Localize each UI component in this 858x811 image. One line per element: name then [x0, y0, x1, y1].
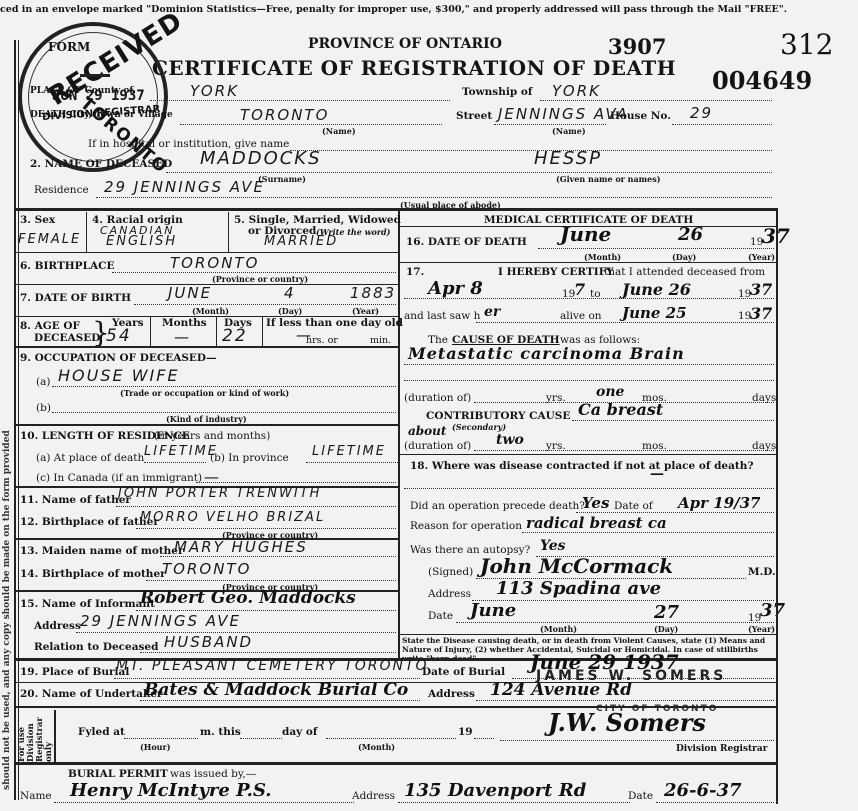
undertaker-address-label: Address [428, 688, 475, 700]
divider [86, 212, 87, 252]
city-caption: (Name) [322, 126, 356, 136]
city-label: DEATH City, Town or Village [30, 110, 173, 120]
residence-b-value: LIFETIME [312, 444, 386, 459]
physician-address-field[interactable] [472, 600, 774, 601]
contrib-days-label: days [752, 440, 776, 452]
undertaker-field[interactable] [140, 700, 420, 701]
postal-notice: ced in an envelope marked "Dominion Stat… [0, 4, 787, 15]
duration-mos-value: one [596, 384, 624, 400]
cert-date-year: 37 [760, 600, 785, 621]
street-label: Street [456, 110, 492, 122]
street-field[interactable] [494, 124, 606, 125]
last-saw-label: and last saw h [404, 310, 480, 322]
occupation-label: 9. OCCUPATION OF DECEASED— [20, 352, 217, 364]
occupation-a-field[interactable] [52, 386, 396, 387]
divider [216, 316, 217, 346]
burial-place-field[interactable] [114, 678, 420, 679]
dod-month-caption: (Month) [584, 252, 621, 262]
certificate-title: CERTIFICATE OF REGISTRATION OF DEATH [152, 56, 676, 80]
months-value[interactable]: — [174, 328, 191, 346]
divider [228, 212, 229, 252]
fyled-month-field[interactable] [326, 738, 456, 739]
occupation-b-label: (b) [36, 402, 51, 414]
q18-value: — [650, 466, 664, 482]
surname-caption: (Surname) [258, 174, 306, 184]
duration-label: (duration of) [404, 392, 471, 404]
residence-a-value: LIFETIME [144, 444, 218, 459]
occupation-a-caption: (Trade or occupation or kind of work) [120, 388, 289, 398]
residence-b-field[interactable] [306, 462, 398, 463]
residence-length-hint: (in years and months) [154, 430, 270, 442]
operation-value: Yes [582, 494, 609, 512]
physician-address-value: 113 Spadina ave [496, 578, 661, 599]
undertaker-address-field[interactable] [476, 700, 774, 701]
cause-value: Metastatic carcinoma Brain [408, 344, 685, 363]
cert-day-caption: (Day) [654, 624, 678, 634]
permit-name-label: Name [20, 790, 52, 802]
dod-label: 16. DATE OF DEATH [406, 236, 527, 248]
occupation-b-field[interactable] [52, 412, 396, 413]
yrs-label: yrs. [546, 392, 566, 404]
birthplace-caption: (Province or country) [212, 274, 308, 284]
undertaker-address-value: 124 Avenue Rd [490, 680, 632, 700]
county-field[interactable] [150, 100, 450, 101]
informant-field[interactable] [136, 610, 396, 611]
q18-field[interactable] [404, 488, 774, 489]
residence-b-label: (b) In province [210, 452, 289, 464]
contrib-duration-label: (duration of) [404, 440, 471, 452]
father-birthplace-label: 12. Birthplace of father [20, 516, 159, 528]
row-divider [14, 424, 400, 426]
county-value: YORK [190, 82, 239, 100]
cert-month-caption: (Month) [540, 624, 577, 634]
attended-to: June 26 [622, 280, 691, 299]
dob-year-caption: (Year) [352, 306, 379, 316]
last-saw-field[interactable] [476, 322, 774, 323]
racial-value-2[interactable]: ENGLISH [106, 234, 177, 249]
dob-day: 4 [284, 284, 296, 302]
residence-a-label: (a) At place of death [36, 452, 144, 464]
mother-label: 13. Maiden name of mother [20, 545, 184, 557]
years-value[interactable]: 54 [106, 326, 132, 346]
mother-field[interactable] [160, 556, 396, 557]
father-value: JOHN PORTER TRENWITH [118, 486, 321, 501]
row-divider [14, 346, 400, 348]
residence-a-field[interactable] [144, 462, 206, 463]
mother-birthplace-label: 14. Birthplace of mother [20, 568, 166, 580]
autopsy-value: Yes [540, 538, 566, 554]
days-label: days [752, 392, 776, 404]
cause-field[interactable] [404, 364, 774, 365]
contrib-value: Ca breast [578, 400, 663, 419]
township-value: YORK [552, 82, 601, 100]
fyled-day-field[interactable] [240, 738, 282, 739]
cert-date-label: Date [428, 610, 453, 622]
mother-birthplace-field[interactable] [146, 580, 396, 581]
marital-value[interactable]: MARRIED [264, 234, 338, 249]
m-this-label: m. this [200, 726, 241, 738]
row-divider [400, 454, 776, 455]
residence-value: 29 JENNINGS AVE [104, 178, 265, 196]
street-caption: (Name) [552, 126, 586, 136]
residence-c-label: (c) In Canada (if an immigrant) [36, 472, 202, 484]
house-field[interactable] [672, 124, 772, 125]
deceased-name-label: 2. NAME OF DECEASED [30, 158, 172, 170]
md-label: M.D. [748, 566, 776, 578]
certify-text: that I attended deceased from [604, 266, 765, 278]
burial-place-value: MT. PLEASANT CEMETERY TORONTO [116, 658, 429, 674]
mother-birthplace-value: TORONTO [162, 560, 251, 578]
cert-year-caption: (Year) [748, 624, 775, 634]
informant-label: 15. Name of Informant [20, 598, 155, 610]
dob-month: JUNE [168, 284, 212, 302]
township-label: Township of [462, 86, 532, 98]
dod-day: 26 [678, 224, 703, 245]
mother-value: MARY HUGHES [174, 538, 308, 556]
to-year: 37 [750, 280, 772, 299]
permit-date-field[interactable] [656, 802, 774, 803]
informant-address-value: 29 JENNINGS AVE [80, 612, 241, 630]
dob-year: 1883 [350, 284, 396, 302]
age-label-1: 8. AGE OF [20, 320, 80, 332]
contrib-about: about [408, 424, 446, 438]
row-divider [400, 262, 776, 263]
registration-number: 004649 [712, 66, 812, 95]
dob-month-caption: (Month) [192, 306, 229, 316]
q18-label: 18. Where was disease contracted if not … [410, 460, 754, 472]
registrar-only-box: For use Division Registrar only [16, 710, 56, 762]
section-divider [14, 208, 776, 211]
margin-text: should not be used, and any copy should … [2, 210, 16, 790]
dob-field[interactable] [134, 304, 396, 305]
alive-year: 37 [750, 304, 772, 323]
city-value: TORONTO [240, 106, 329, 124]
fyled-year-prefix: 19 [458, 726, 473, 738]
birthplace-field[interactable] [112, 272, 396, 273]
township-field[interactable] [540, 100, 772, 101]
age-label-2: DECEASED [34, 332, 100, 344]
to-label: to [590, 288, 601, 300]
cert-date-month: June [470, 600, 516, 621]
permit-heading-rest: was issued by,— [170, 768, 256, 780]
contrib-duration-yrs: two [496, 432, 524, 448]
birthplace-label: 6. BIRTHPLACE [20, 260, 114, 272]
contrib-sub: (Secondary) [452, 422, 506, 432]
father-field[interactable] [116, 506, 396, 507]
min-label: min. [370, 335, 391, 346]
hrs-label: hrs. or [306, 335, 338, 346]
permit-address-label: Address [352, 790, 395, 802]
signed-label: (Signed) [428, 566, 473, 578]
registrar-signature: J.W. Somers [548, 708, 706, 737]
contrib-field[interactable] [572, 420, 774, 421]
residence-field[interactable] [96, 197, 772, 198]
burial-place-label: 19. Place of Burial [20, 666, 129, 678]
registrar-signature-field[interactable] [500, 740, 774, 741]
cause-field-2[interactable] [404, 380, 774, 381]
operation-label: Did an operation precede death? [410, 500, 585, 512]
alive-value: June 25 [622, 304, 687, 322]
house-label: House No. [610, 110, 671, 122]
informant-address-label: Address [34, 620, 81, 632]
undertaker-value: Bates & Maddock Burial Co [144, 680, 408, 700]
alive-label: alive on [560, 310, 602, 322]
permit-name-field[interactable] [54, 802, 354, 803]
dod-month: June [560, 222, 611, 246]
house-value: 29 [690, 104, 713, 122]
certify-bold: I HEREBY CERTIFY [498, 266, 614, 278]
fyled-month-caption: (Month) [358, 742, 395, 752]
dob-label: 7. DATE OF BIRTH [20, 292, 131, 304]
dod-day-caption: (Day) [672, 252, 696, 262]
permit-address-field[interactable] [398, 802, 630, 803]
from-year: 7 [574, 280, 585, 299]
corner-number: 312 [780, 28, 833, 61]
contrib-label: CONTRIBUTORY CAUSE [426, 410, 570, 422]
operation-date-label: Date of [614, 500, 653, 512]
dod-field[interactable] [538, 248, 774, 249]
reason-label: Reason for operation [410, 520, 522, 532]
burial-date-label: Date of Burial [422, 666, 505, 678]
column-divider [398, 210, 400, 660]
day-of-label: day of [282, 726, 317, 738]
permit-name-value: Henry McIntyre P.S. [70, 780, 272, 801]
reason-field[interactable] [522, 532, 774, 533]
physician-address-label: Address [428, 588, 471, 600]
father-birthplace-value: MORRO VELHO BRIZAL [140, 510, 325, 525]
cert-date-day: 27 [654, 602, 679, 623]
informant-value: Robert Geo. Maddocks [140, 588, 356, 608]
dob-day-caption: (Day) [278, 306, 302, 316]
contrib-yrs-label: yrs. [546, 440, 566, 452]
last-saw-value: er [484, 304, 500, 320]
undertaker-label: 20. Name of Undertaker [20, 688, 162, 700]
fyled-label: Fyled at [78, 726, 125, 738]
sex-value[interactable]: FEMALE [18, 232, 81, 247]
fyled-year-field[interactable] [474, 738, 494, 739]
residence-c-field[interactable] [196, 482, 396, 483]
registrar-only-label: For use Division Registrar only [18, 710, 54, 762]
frame-left-inner [18, 40, 19, 800]
signed-value: John McCormack [480, 554, 673, 578]
deceased-name-field[interactable] [166, 172, 772, 173]
section-divider [14, 762, 776, 765]
deceased-given-names: HESSP [534, 148, 602, 169]
divider [262, 316, 263, 346]
reason-value: radical breast ca [526, 514, 667, 532]
fyled-hour-field[interactable] [124, 738, 198, 739]
hospital-field[interactable] [290, 150, 772, 151]
county-label: PLACE OF County of [30, 86, 133, 96]
relation-value: HUSBAND [164, 633, 253, 651]
sex-label: 3. Sex [20, 214, 55, 226]
residence-c-value: — [204, 468, 221, 486]
relation-field[interactable] [140, 652, 396, 653]
certify-number: 17. [406, 266, 424, 278]
attended-from: Apr 8 [428, 278, 483, 299]
frame-right [776, 208, 778, 804]
days-value[interactable]: 22 [222, 326, 248, 346]
contrib-mos-label: mos. [642, 440, 667, 452]
province-heading: PROVINCE OF ONTARIO [308, 36, 502, 52]
contrib-duration-field[interactable] [474, 450, 774, 451]
cert-date-field[interactable] [456, 622, 774, 623]
permit-date-value: 26-6-37 [664, 780, 742, 801]
occupation-a-label: (a) [36, 376, 50, 388]
father-label: 11. Name of father [20, 494, 131, 506]
father-birthplace-field[interactable] [136, 528, 396, 529]
dod-year-caption: (Year) [748, 252, 775, 262]
permit-date-label: Date [628, 790, 653, 802]
permit-heading: BURIAL PERMIT [68, 768, 168, 780]
stamp-bar [80, 74, 110, 77]
occupation-a-value: HOUSE WIFE [58, 366, 180, 385]
given-names-caption: (Given name or names) [556, 174, 661, 184]
hour-caption: (Hour) [140, 742, 171, 752]
registrar-caption: Division Registrar [676, 744, 768, 754]
city-field[interactable] [180, 124, 442, 125]
residence-label: Residence [34, 184, 89, 196]
row-divider [14, 252, 400, 253]
deceased-surname: MADDOCKS [200, 148, 322, 169]
row-divider [400, 634, 776, 635]
divider [150, 316, 151, 346]
permit-address-value: 135 Davenport Rd [404, 780, 586, 801]
lessday-label: If less than one day old [266, 317, 403, 329]
operation-field[interactable] [576, 512, 774, 513]
occupation-b-caption: (Kind of industry) [166, 414, 247, 424]
birthplace-value: TORONTO [170, 254, 259, 272]
operation-date-value: Apr 19/37 [678, 494, 760, 512]
